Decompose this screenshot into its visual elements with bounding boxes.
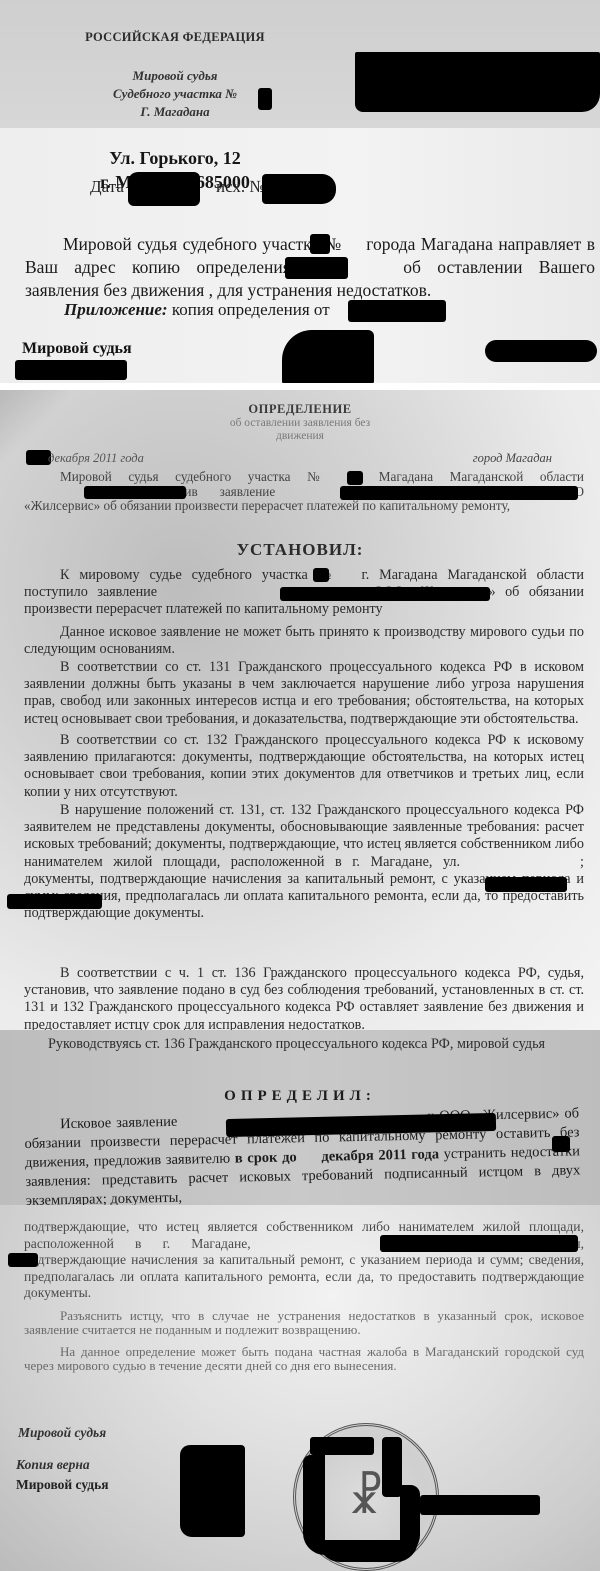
redaction [262,174,336,204]
determination-city: город Магадан [473,451,552,466]
letterhead-country: РОССИЙСКАЯ ФЕДЕРАЦИЯ [40,30,310,45]
redaction [280,587,490,601]
explanation-paragraph: Разъяснить истцу, что в случае не устран… [24,1309,584,1336]
copy-true-label: Копия верна [16,1457,90,1473]
redaction [15,360,127,380]
subtitle-line: движения [0,430,600,443]
appeal-paragraph: На данное определение может быть подана … [24,1345,584,1372]
article-131-paragraph: В соответствии со ст. 131 Гражданского п… [24,659,584,728]
guided-paragraph: Руководствуясь ст. 136 Гражданского проц… [48,1036,568,1053]
redaction [313,568,329,582]
redaction [347,471,363,485]
date-outgoing-line: Дата исх. № [90,177,124,197]
redaction [380,1235,578,1252]
redaction [485,877,567,892]
redaction [420,1495,540,1515]
redaction [128,172,200,206]
signature-judge-label-2: Мировой судья [16,1477,109,1493]
letterhead-judge-line: Мировой судья [40,67,310,85]
redaction [552,1136,570,1152]
outgoing-number-label: исх. № [216,177,266,197]
redaction [310,234,330,254]
appendix-text: копия определения от [172,300,330,319]
redaction [340,486,578,500]
redaction [84,486,186,499]
redaction [355,52,600,112]
grounds-paragraph: Данное исковое заявление не может быть п… [24,624,584,658]
continuation-sheet: подтверждающие, что истец является собст… [0,1205,600,1571]
redaction [382,1437,402,1497]
deadline-label: в срок до [235,1149,297,1166]
address-street: Ул. Горького, 12 [40,146,310,170]
redaction [282,330,374,383]
determination-sheet: ОПРЕДЕЛЕНИЕ об оставлении заявления без … [0,390,600,1040]
deadline-date: декабря 2011 года [321,1146,439,1164]
appendix-label: Приложение: [64,300,168,319]
violation-paragraph: В нарушение положений ст. 131, ст. 132 Г… [24,802,584,922]
established-heading: УСТАНОВИЛ: [0,540,600,560]
determination-subtitle: об оставлении заявления без движения [0,417,600,443]
redaction [8,1253,38,1267]
decision-sheet: Руководствуясь ст. 136 Гражданского проц… [0,1030,600,1205]
decided-heading: ОПРЕДЕЛИЛ: [0,1088,600,1105]
redaction [485,340,597,362]
article-136-paragraph: В соответствии с ч. 1 ст. 136 Гражданско… [24,965,584,1034]
determination-date: декабря 2011 года [48,451,144,466]
determination-title: ОПРЕДЕЛЕНИЕ [0,402,600,417]
cover-letter-sheet: РОССИЙСКАЯ ФЕДЕРАЦИЯ Мировой судья Судеб… [0,0,600,383]
redaction [180,1445,245,1537]
redaction [258,88,272,110]
redaction [310,1437,374,1455]
letter-appendix: Приложение: копия определения от [64,300,330,320]
redaction [285,257,348,279]
subtitle-line: об оставлении заявления без [0,417,600,430]
signature-judge-label: Мировой судья [18,1425,106,1441]
letter-signature-label: Мировой судья [22,340,132,358]
date-label: Дата [90,177,124,196]
coat-of-arms-icon: ☧ [348,1470,384,1524]
redaction [7,894,102,909]
redaction [400,1485,420,1555]
article-132-paragraph: В соответствии со ст. 132 Гражданского п… [24,732,584,801]
redaction [348,300,446,322]
documents-paragraph: подтверждающие, что истец является собст… [24,1219,584,1302]
